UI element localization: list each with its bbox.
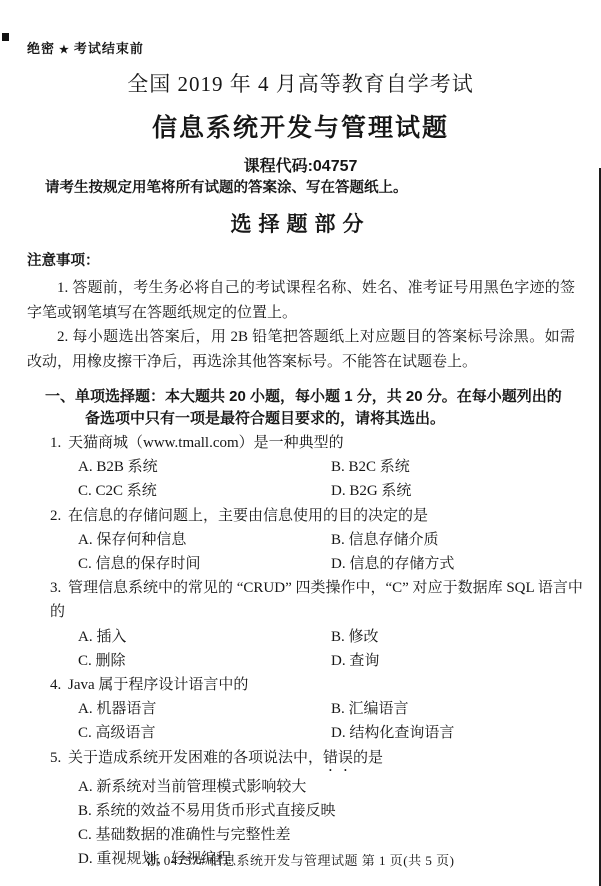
exam-session-title: 全国 2019 年 4 月高等教育自学考试: [0, 68, 601, 98]
option-c: C. 基础数据的准确性与完整性差: [78, 823, 591, 847]
option-a: A. 保存何种信息: [78, 528, 331, 552]
question-stem: 5.关于造成系统开发困难的各项说法中，错误的是: [0, 746, 591, 775]
note-item-1: 1. 答题前，考生务必将自己的考试课程名称、姓名、准考证号用黑色字迹的签字笔或钢…: [27, 276, 575, 325]
question-number: 4.: [50, 673, 68, 697]
option-b: B. 信息存储介质: [331, 528, 591, 552]
question-text-suffix: 的是: [353, 750, 383, 766]
option-c: C. 删除: [78, 649, 331, 673]
question-stem: 4.Java 属于程序设计语言中的: [0, 673, 591, 697]
exam-paper-page: 绝密★考试结束前 全国 2019 年 4 月高等教育自学考试 信息系统开发与管理…: [0, 0, 601, 886]
question-number: 2.: [50, 504, 68, 528]
classification-level: 绝密: [27, 41, 55, 56]
question-number: 5.: [50, 746, 68, 770]
star-icon: ★: [55, 44, 74, 56]
classification-banner: 绝密★考试结束前: [27, 38, 144, 57]
option-b: B. 汇编语言: [331, 697, 591, 721]
classification-note: 考试结束前: [74, 41, 144, 56]
option-b: B. 修改: [331, 625, 591, 649]
option-d: D. B2G 系统: [331, 479, 591, 503]
option-a: A. 机器语言: [78, 697, 331, 721]
option-c: C. 信息的保存时间: [78, 552, 331, 576]
question-text-emphasized: 错误: [323, 750, 353, 766]
option-grid: A. 保存何种信息 B. 信息存储介质 C. 信息的保存时间 D. 信息的存储方…: [0, 528, 591, 576]
question-text: Java 属于程序设计语言中的: [68, 677, 248, 693]
paper-title: 信息系统开发与管理试题: [0, 108, 601, 144]
option-d: D. 信息的存储方式: [331, 552, 591, 576]
part-one-heading: 一、单项选择题：本大题共 20 小题，每小题 1 分，共 20 分。在每小题列出…: [45, 386, 576, 430]
option-grid: A. 插入 B. 修改 C. 删除 D. 查询: [0, 625, 591, 673]
question-number: 3.: [50, 576, 68, 600]
option-b: B. B2C 系统: [331, 455, 591, 479]
option-a: A. 新系统对当前管理模式影响较大: [78, 775, 591, 799]
notes-block: 注意事项： 1. 答题前，考生务必将自己的考试课程名称、姓名、准考证号用黑色字迹…: [27, 249, 575, 375]
option-b: B. 系统的效益不易用货币形式直接反映: [78, 799, 591, 823]
question-stem: 1.天猫商城（www.tmall.com）是一种典型的: [0, 431, 591, 455]
scan-artifact-speck: [2, 33, 9, 41]
option-a: A. 插入: [78, 625, 331, 649]
question-4: 4.Java 属于程序设计语言中的 A. 机器语言 B. 汇编语言 C. 高级语…: [0, 673, 591, 746]
question-number: 1.: [50, 431, 68, 455]
question-list: 1.天猫商城（www.tmall.com）是一种典型的 A. B2B 系统 B.…: [0, 431, 591, 871]
notes-heading: 注意事项：: [27, 249, 575, 270]
section-title: 选择题部分: [0, 208, 601, 238]
course-code: 课程代码:04757: [0, 153, 601, 176]
note-item-2: 2. 每小题选出答案后，用 2B 铅笔把答题纸上对应题目的答案标号涂黑。如需改动…: [27, 325, 575, 374]
option-grid: A. B2B 系统 B. B2C 系统 C. C2C 系统 D. B2G 系统: [0, 455, 591, 503]
question-text: 管理信息系统中的常见的 “CRUD” 四类操作中，“C” 对应于数据库 SQL …: [50, 580, 583, 620]
page-footer: 浙 04757# 信息系统开发与管理试题 第 1 页(共 5 页): [0, 850, 601, 869]
option-a: A. B2B 系统: [78, 455, 331, 479]
question-text-prefix: 关于造成系统开发困难的各项说法中，: [68, 750, 323, 766]
option-grid: A. 机器语言 B. 汇编语言 C. 高级语言 D. 结构化查询语言: [0, 697, 591, 745]
question-stem: 3.管理信息系统中的常见的 “CRUD” 四类操作中，“C” 对应于数据库 SQ…: [0, 576, 591, 624]
question-text: 天猫商城（www.tmall.com）是一种典型的: [68, 435, 344, 451]
question-stem: 2.在信息的存储问题上，主要由信息使用的目的决定的是: [0, 504, 591, 528]
paper-header: 全国 2019 年 4 月高等教育自学考试 信息系统开发与管理试题 课程代码:0…: [0, 68, 601, 176]
option-d: D. 查询: [331, 649, 591, 673]
question-text: 在信息的存储问题上，主要由信息使用的目的决定的是: [68, 508, 428, 524]
question-1: 1.天猫商城（www.tmall.com）是一种典型的 A. B2B 系统 B.…: [0, 431, 591, 504]
option-c: C. 高级语言: [78, 721, 331, 745]
question-2: 2.在信息的存储问题上，主要由信息使用的目的决定的是 A. 保存何种信息 B. …: [0, 504, 591, 577]
option-c: C. C2C 系统: [78, 479, 331, 503]
answer-instruction: 请考生按规定用笔将所有试题的答案涂、写在答题纸上。: [45, 176, 574, 197]
question-3: 3.管理信息系统中的常见的 “CRUD” 四类操作中，“C” 对应于数据库 SQ…: [0, 576, 591, 673]
option-d: D. 结构化查询语言: [331, 721, 591, 745]
